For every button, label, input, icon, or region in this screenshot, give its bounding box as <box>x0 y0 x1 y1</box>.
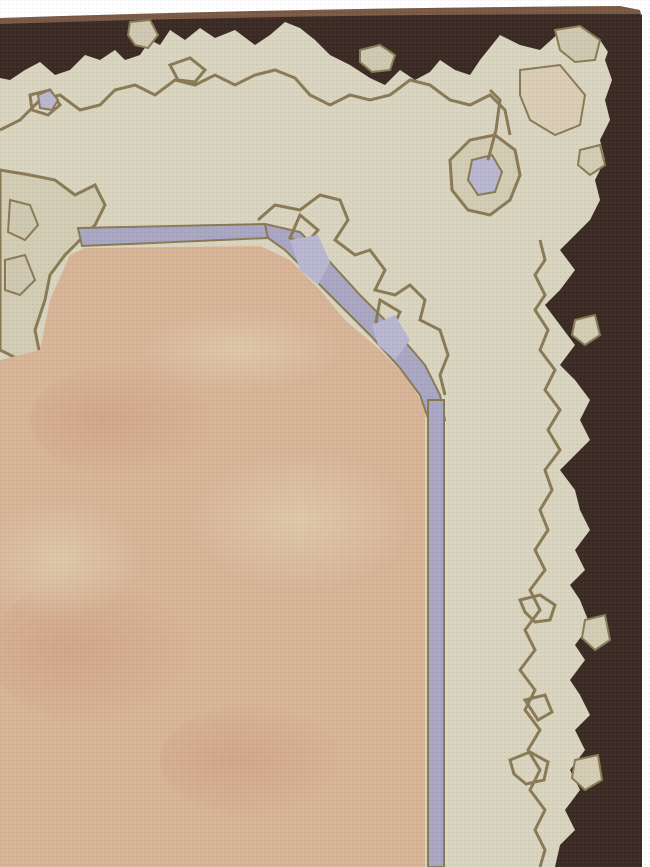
rug-corner-image <box>0 0 650 867</box>
weave-texture <box>0 0 650 867</box>
